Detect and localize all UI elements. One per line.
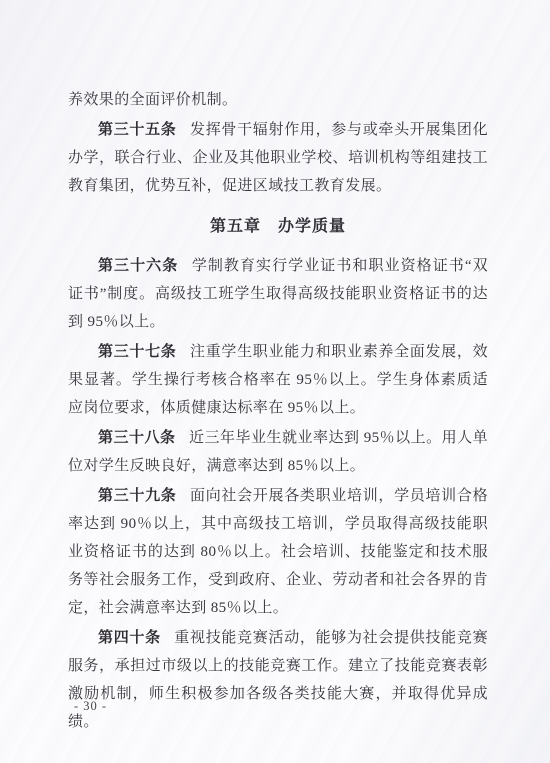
article-39-number: 第三十九条 <box>98 488 177 504</box>
article-37-number: 第三十七条 <box>98 344 177 360</box>
document-page: 养效果的全面评价机制。 第三十五条发挥骨干辐射作用，参与或牵头开展集团化办学，联… <box>0 0 550 763</box>
document-content: 养效果的全面评价机制。 第三十五条发挥骨干辐射作用，参与或牵头开展集团化办学，联… <box>0 0 550 736</box>
article-40-number: 第四十条 <box>98 630 161 646</box>
page-number: - 30 - <box>74 699 107 714</box>
article-35-number: 第三十五条 <box>98 122 177 138</box>
article-36: 第三十六条学制教育实行学业证书和职业资格证书“双证书”制度。高级技工班学生取得高… <box>68 252 488 336</box>
article-36-number: 第三十六条 <box>98 258 178 274</box>
continuation-text: 养效果的全面评价机制。 <box>68 86 488 114</box>
article-35: 第三十五条发挥骨干辐射作用，参与或牵头开展集团化办学，联合行业、企业及其他职业学… <box>68 116 488 200</box>
article-37: 第三十七条注重学生职业能力和职业素养全面发展，效果显著。学生操行考核合格率在 9… <box>68 338 488 422</box>
chapter-heading: 第五章 办学质量 <box>68 213 488 241</box>
article-40: 第四十条重视技能竞赛活动，能够为社会提供技能竞赛服务，承担过市级以上的技能竞赛工… <box>68 624 488 736</box>
article-39-text: 面向社会开展各类职业培训，学员培训合格率达到 90％以上，其中高级技工培训，学员… <box>68 488 488 616</box>
article-39: 第三十九条面向社会开展各类职业培训，学员培训合格率达到 90％以上，其中高级技工… <box>68 482 488 622</box>
article-38-number: 第三十八条 <box>98 430 176 446</box>
article-38: 第三十八条近三年毕业生就业率达到 95％以上。用人单位对学生反映良好，满意率达到… <box>68 424 488 480</box>
